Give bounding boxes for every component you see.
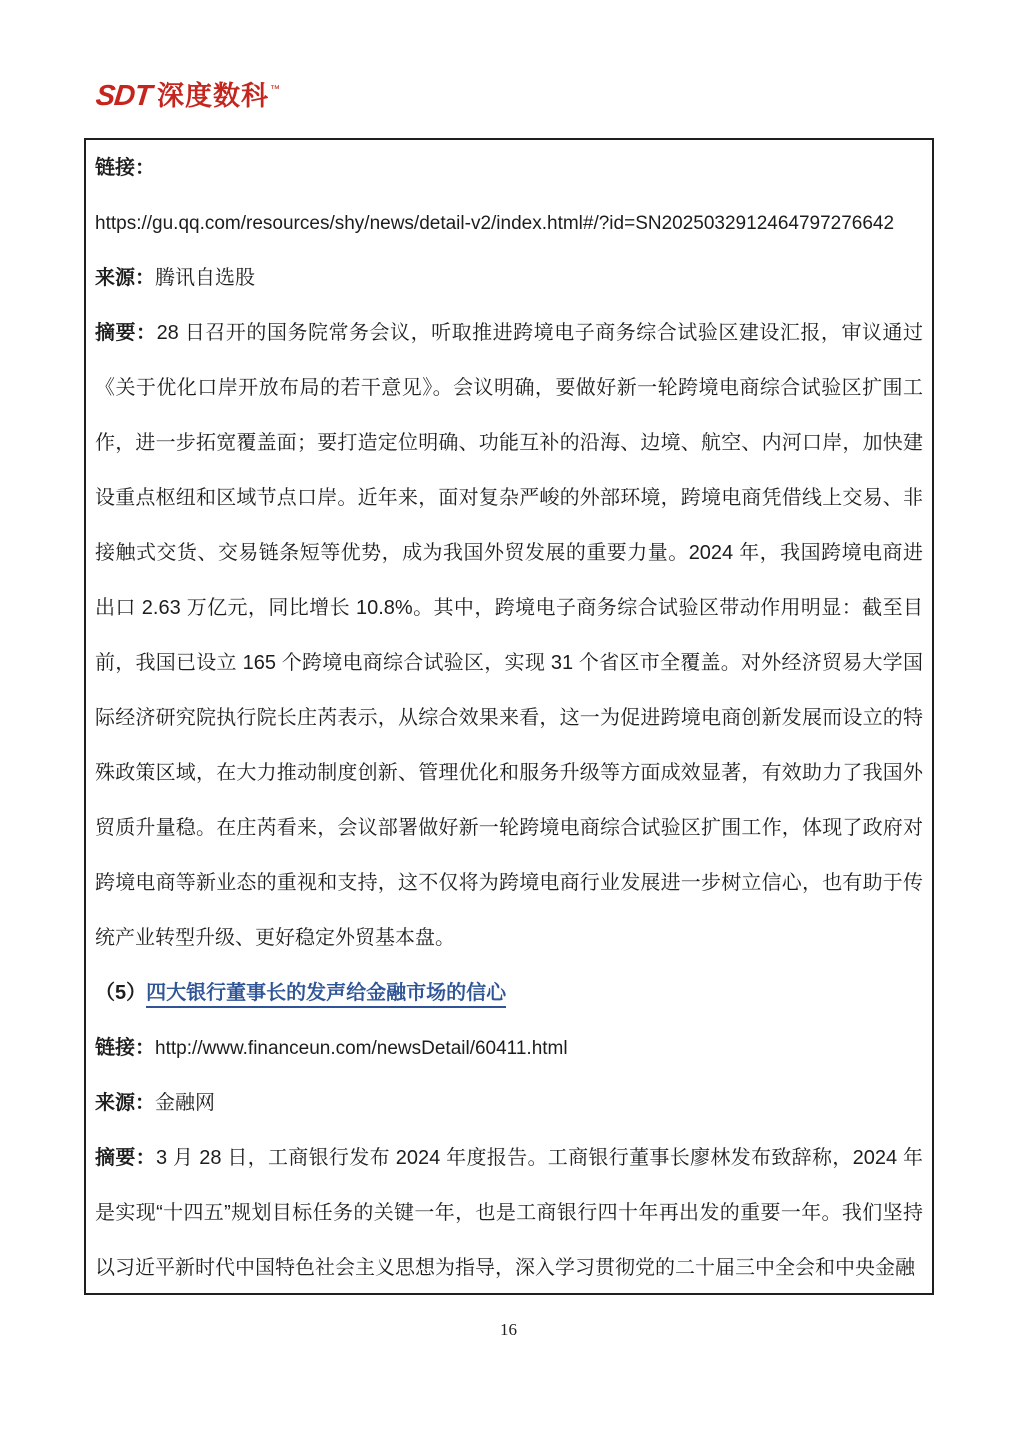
summary-text: 28 日召开的国务院常务会议，听取推进跨境电子商务综合试验区建设汇报，审议通过《… [95, 322, 923, 949]
page-number: 16 [0, 1320, 1017, 1340]
link-url-tencent: https://gu.qq.com/resources/shy/news/det… [95, 196, 923, 251]
summary-label: 摘要： [95, 322, 157, 344]
logo-sdt-mark: SDT [94, 80, 152, 112]
trademark-symbol: ™ [270, 84, 280, 95]
item-5-title-link[interactable]: 四大银行董事长的发声给金融市场的信心 [146, 982, 506, 1008]
item-5-index: （5） [95, 982, 146, 1004]
company-logo: SDT深度数科™ [96, 80, 279, 117]
summary-paragraph-tencent: 摘要：28 日召开的国务院常务会议，听取推进跨境电子商务综合试验区建设汇报，审议… [95, 306, 923, 966]
link-label: 链接： [95, 1037, 155, 1059]
source-label: 来源： [95, 1092, 155, 1114]
document-content-box: 链接： https://gu.qq.com/resources/shy/news… [84, 138, 934, 1295]
summary-text: 3 月 28 日，工商银行发布 2024 年度报告。工商银行董事长廖林发布致辞称… [95, 1147, 923, 1279]
source-line-banks: 来源：金融网 [95, 1076, 923, 1131]
item-5-heading: （5）四大银行董事长的发声给金融市场的信心 [95, 966, 923, 1021]
source-value: 腾讯自选股 [155, 267, 255, 289]
link-url-banks: http://www.financeun.com/newsDetail/6041… [155, 1038, 568, 1059]
link-label-line: 链接： [95, 141, 923, 196]
summary-label: 摘要： [95, 1147, 156, 1169]
source-line-tencent: 来源：腾讯自选股 [95, 251, 923, 306]
link-label: 链接： [95, 157, 155, 179]
logo-company-name: 深度数科 [157, 81, 269, 111]
link-line-banks: 链接：http://www.financeun.com/newsDetail/6… [95, 1021, 923, 1076]
source-value: 金融网 [155, 1092, 215, 1114]
summary-paragraph-banks: 摘要：3 月 28 日，工商银行发布 2024 年度报告。工商银行董事长廖林发布… [95, 1131, 923, 1296]
source-label: 来源： [95, 267, 155, 289]
